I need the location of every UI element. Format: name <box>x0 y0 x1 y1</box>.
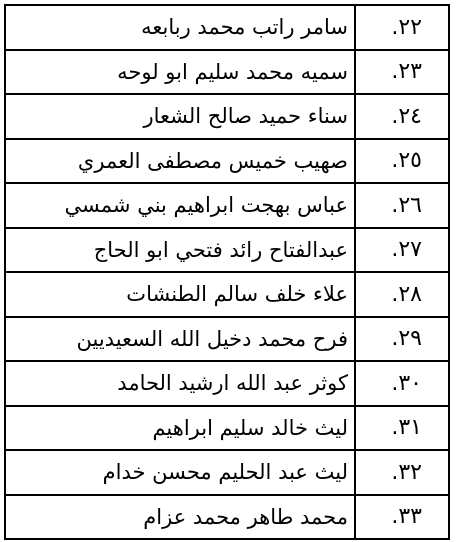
table-row: ٣٢. ليث عبد الحليم محسن خدام <box>6 451 448 496</box>
row-number: ٢٢. <box>354 6 448 49</box>
row-number: ٣١. <box>354 407 448 450</box>
person-name: سامر راتب محمد ربابعه <box>6 6 354 49</box>
person-name: ليث خالد سليم ابراهيم <box>6 407 354 450</box>
table-row: ٢٨. علاء خلف سالم الطنشات <box>6 273 448 318</box>
person-name: فرح محمد دخيل الله السعيديين <box>6 318 354 361</box>
row-number: ٢٨. <box>354 273 448 316</box>
table-row: ٢٩. فرح محمد دخيل الله السعيديين <box>6 318 448 363</box>
row-number: ٢٦. <box>354 184 448 227</box>
table-row: ٢٢. سامر راتب محمد ربابعه <box>6 6 448 51</box>
row-number: ٢٤. <box>354 95 448 138</box>
table-row: ٢٣. سميه محمد سليم ابو لوحه <box>6 51 448 96</box>
table-row: ٣٠. كوثر عبد الله ارشيد الحامد <box>6 362 448 407</box>
person-name: ليث عبد الحليم محسن خدام <box>6 451 354 494</box>
table-row: ٣٣. محمد طاهر محمد عزام <box>6 496 448 541</box>
table-row: ٢٦. عباس بهجت ابراهيم بني شمسي <box>6 184 448 229</box>
names-table: ٢٢. سامر راتب محمد ربابعه ٢٣. سميه محمد … <box>4 4 450 540</box>
person-name: سميه محمد سليم ابو لوحه <box>6 51 354 94</box>
row-number: ٢٣. <box>354 51 448 94</box>
row-number: ٣٠. <box>354 362 448 405</box>
person-name: عباس بهجت ابراهيم بني شمسي <box>6 184 354 227</box>
table-row: ٢٧. عبدالفتاح رائد فتحي ابو الحاج <box>6 229 448 274</box>
row-number: ٢٩. <box>354 318 448 361</box>
row-number: ٢٧. <box>354 229 448 272</box>
table-row: ٢٤. سناء حميد صالح الشعار <box>6 95 448 140</box>
person-name: سناء حميد صالح الشعار <box>6 95 354 138</box>
row-number: ٢٥. <box>354 140 448 183</box>
person-name: علاء خلف سالم الطنشات <box>6 273 354 316</box>
person-name: عبدالفتاح رائد فتحي ابو الحاج <box>6 229 354 272</box>
person-name: صهيب خميس مصطفى العمري <box>6 140 354 183</box>
person-name: محمد طاهر محمد عزام <box>6 496 354 539</box>
table-row: ٢٥. صهيب خميس مصطفى العمري <box>6 140 448 185</box>
person-name: كوثر عبد الله ارشيد الحامد <box>6 362 354 405</box>
table-row: ٣١. ليث خالد سليم ابراهيم <box>6 407 448 452</box>
row-number: ٣٢. <box>354 451 448 494</box>
row-number: ٣٣. <box>354 496 448 539</box>
